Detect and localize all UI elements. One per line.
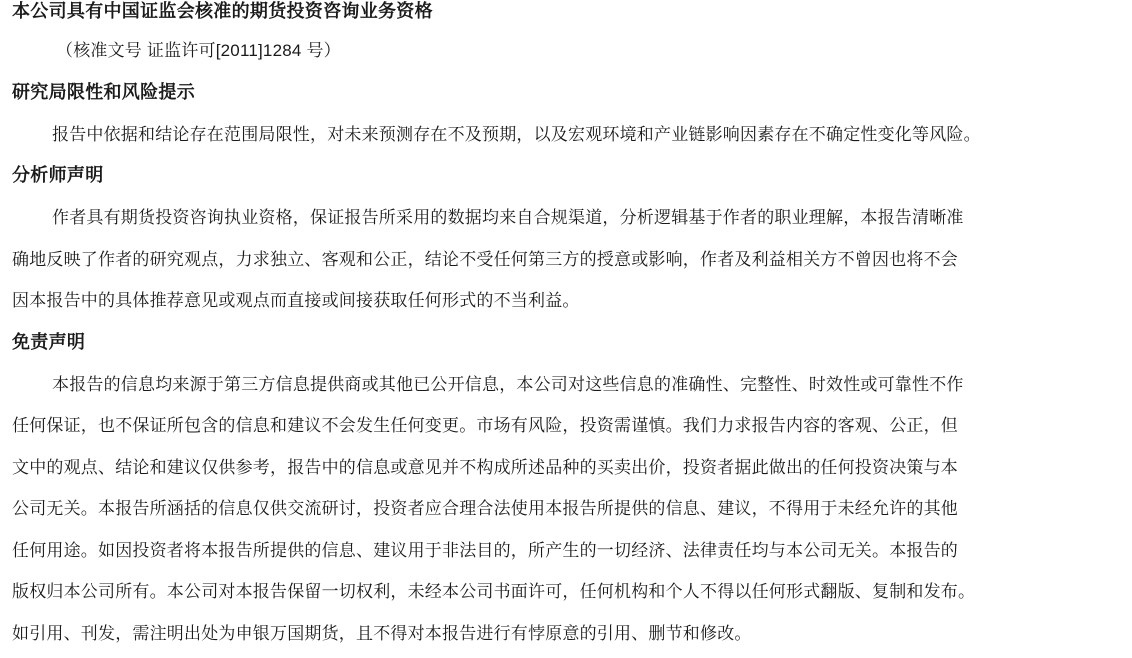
analyst-statement-line-1: 作者具有期货投资咨询执业资格，保证报告所采用的数据均来自合规渠道，分析逻辑基于作… — [52, 207, 964, 229]
disclaimer-line-6: 版权归本公司所有。本公司对本报告保留一切权利，未经本公司书面许可，任何机构和个人… — [12, 581, 975, 603]
disclaimer-line-1: 本报告的信息均来源于第三方信息提供商或其他已公开信息，本公司对这些信息的准确性、… — [52, 374, 964, 396]
analyst-statement-line-2: 确地反映了作者的研究观点，力求独立、客观和公正，结论不受任何第三方的授意或影响，… — [12, 249, 958, 271]
section-heading-research-limitations: 研究局限性和风险提示 — [12, 82, 195, 104]
disclaimer-line-2: 任何保证，也不保证所包含的信息和建议不会发生任何变更。市场有风险，投资需谨慎。我… — [12, 415, 958, 437]
section-heading-analyst-statement: 分析师声明 — [12, 165, 104, 187]
disclaimer-line-3: 文中的观点、结论和建议仅供参考，报告中的信息或意见并不构成所述品种的买卖出价，投… — [12, 457, 958, 479]
qualification-heading: 本公司具有中国证监会核准的期货投资咨询业务资格 — [12, 1, 433, 23]
research-limitations-text: 报告中依据和结论存在范围局限性，对未来预测存在不及预期，以及宏观环境和产业链影响… — [52, 124, 981, 146]
analyst-statement-line-3: 因本报告中的具体推荐意见或观点而直接或间接获取任何形式的不当利益。 — [12, 290, 580, 312]
section-heading-disclaimer: 免责声明 — [12, 332, 85, 354]
disclaimer-line-5: 任何用途。如因投资者将本报告所提供的信息、建议用于非法目的，所产生的一切经济、法… — [12, 540, 958, 562]
disclaimer-line-7: 如引用、刊发，需注明出处为申银万国期货，且不得对本报告进行有悖原意的引用、删节和… — [12, 623, 752, 645]
disclaimer-line-4: 公司无关。本报告所涵括的信息仅供交流研讨，投资者应合理合法使用本报告所提供的信息… — [12, 498, 958, 520]
approval-number: （核准文号 证监许可[2011]1284 号） — [56, 40, 341, 62]
disclaimer-document: 本公司具有中国证监会核准的期货投资咨询业务资格 （核准文号 证监许可[2011]… — [0, 0, 1132, 658]
